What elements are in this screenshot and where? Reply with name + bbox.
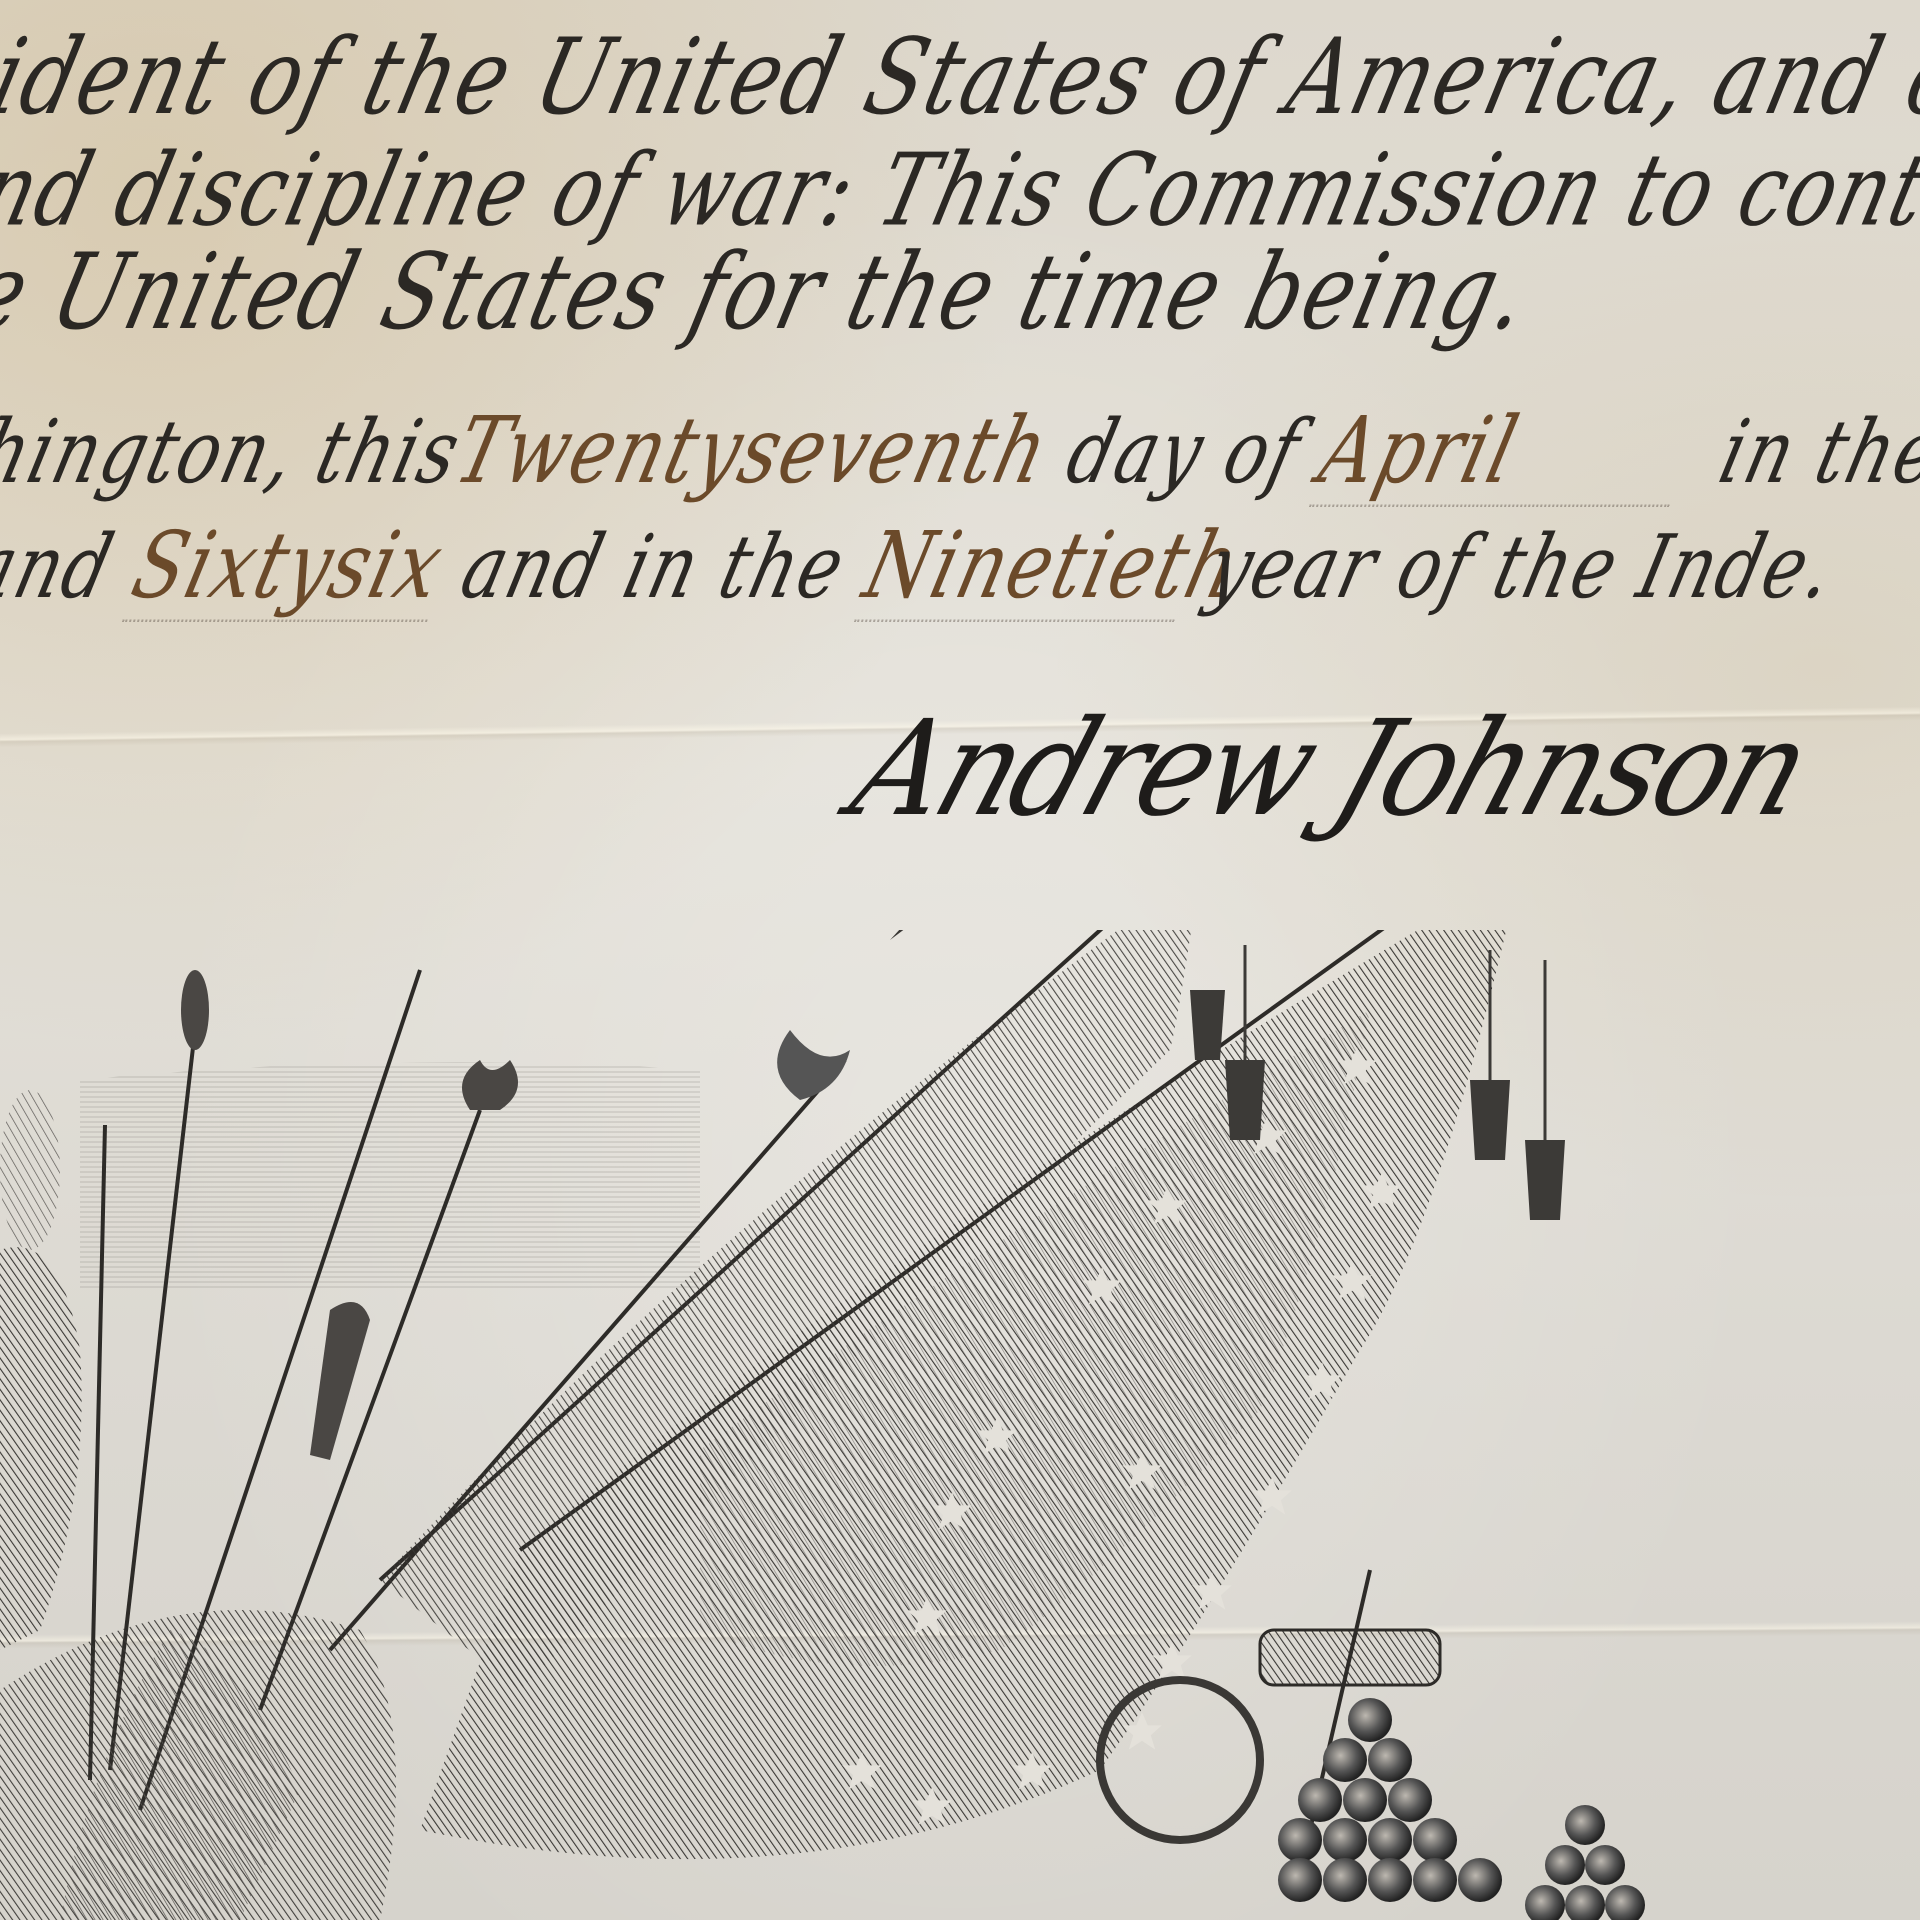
year-line-mid: and in the	[428, 516, 880, 619]
date-line-mid: day of	[1033, 401, 1335, 504]
spear-head-1	[890, 930, 1000, 940]
handwritten-day: Twentyseventh	[445, 398, 1059, 504]
sky-hatching	[80, 1062, 700, 1290]
date-line-prefix: hington, this	[0, 401, 471, 504]
handwritten-independence-year: Ninetieth	[854, 513, 1201, 622]
signature: Andrew Johnson	[835, 693, 1825, 846]
handwritten-year: Sixtysix	[122, 513, 454, 622]
cannon-wheel	[1100, 1680, 1260, 1840]
finial-ornament	[181, 970, 209, 1050]
plume	[0, 1090, 60, 1250]
tassel-4	[1190, 990, 1225, 1060]
text-line-1: ident of the United States of America, a…	[0, 16, 1920, 139]
date-line: hington, thisTwentyseventh day of Aprili…	[0, 398, 1920, 507]
engraved-vignette	[0, 930, 1920, 1920]
helmet	[0, 1247, 82, 1650]
year-line: and Sixtysix and in the Ninetieth year o…	[0, 513, 1846, 622]
cannonball-stack-2	[1525, 1805, 1645, 1920]
tassel-2	[1470, 1080, 1510, 1160]
handwritten-month: April	[1309, 398, 1696, 507]
date-line-suffix: in the year of	[1710, 401, 1920, 504]
tassel-1	[1225, 1060, 1265, 1140]
text-line-3: e United States for the time being.	[0, 231, 1542, 354]
tassel-3	[1525, 1140, 1565, 1220]
halberd-blade	[777, 1030, 850, 1100]
cannonball-stack-1	[1278, 1698, 1502, 1902]
year-line-suffix: year of the Inde.	[1175, 516, 1846, 619]
